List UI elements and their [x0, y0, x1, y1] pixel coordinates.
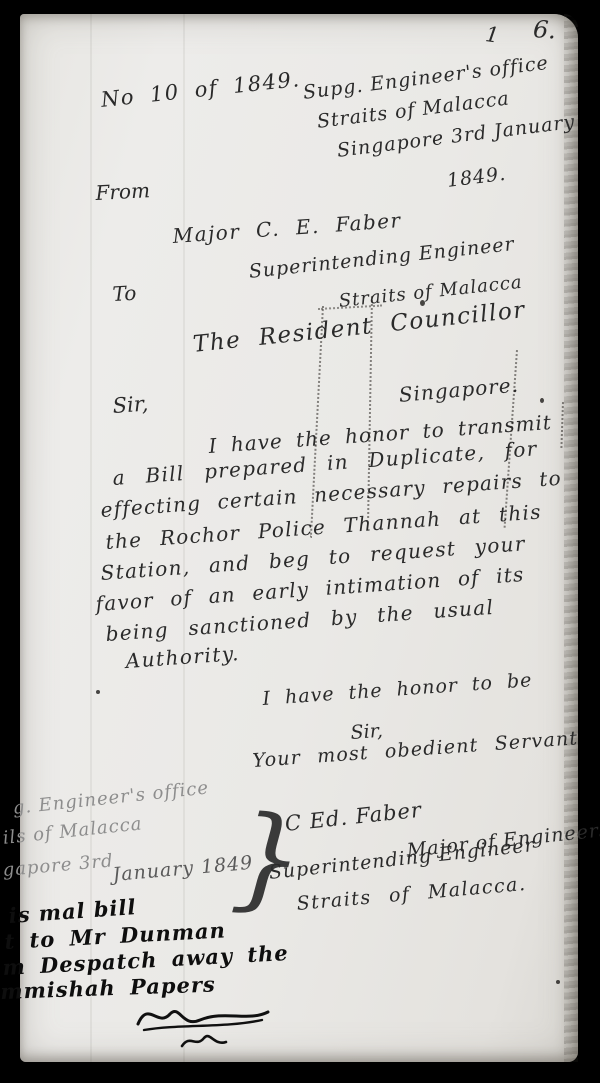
ink-speck [420, 300, 425, 306]
from-label: From [95, 180, 150, 203]
scanned-letter-page: 1 6. No 10 of 1849. Supg. Engineer's off… [0, 0, 600, 1083]
signature-scrawl [130, 998, 280, 1058]
ink-speck [96, 690, 100, 694]
ink-speck [540, 398, 544, 403]
ink-speck [556, 980, 560, 984]
to-label: To [112, 283, 137, 304]
paper-deckle-edge [564, 14, 578, 1062]
folio-number: 6. [532, 17, 557, 43]
salutation: Sir, [112, 394, 149, 417]
closing-line: Sir, [350, 722, 383, 743]
